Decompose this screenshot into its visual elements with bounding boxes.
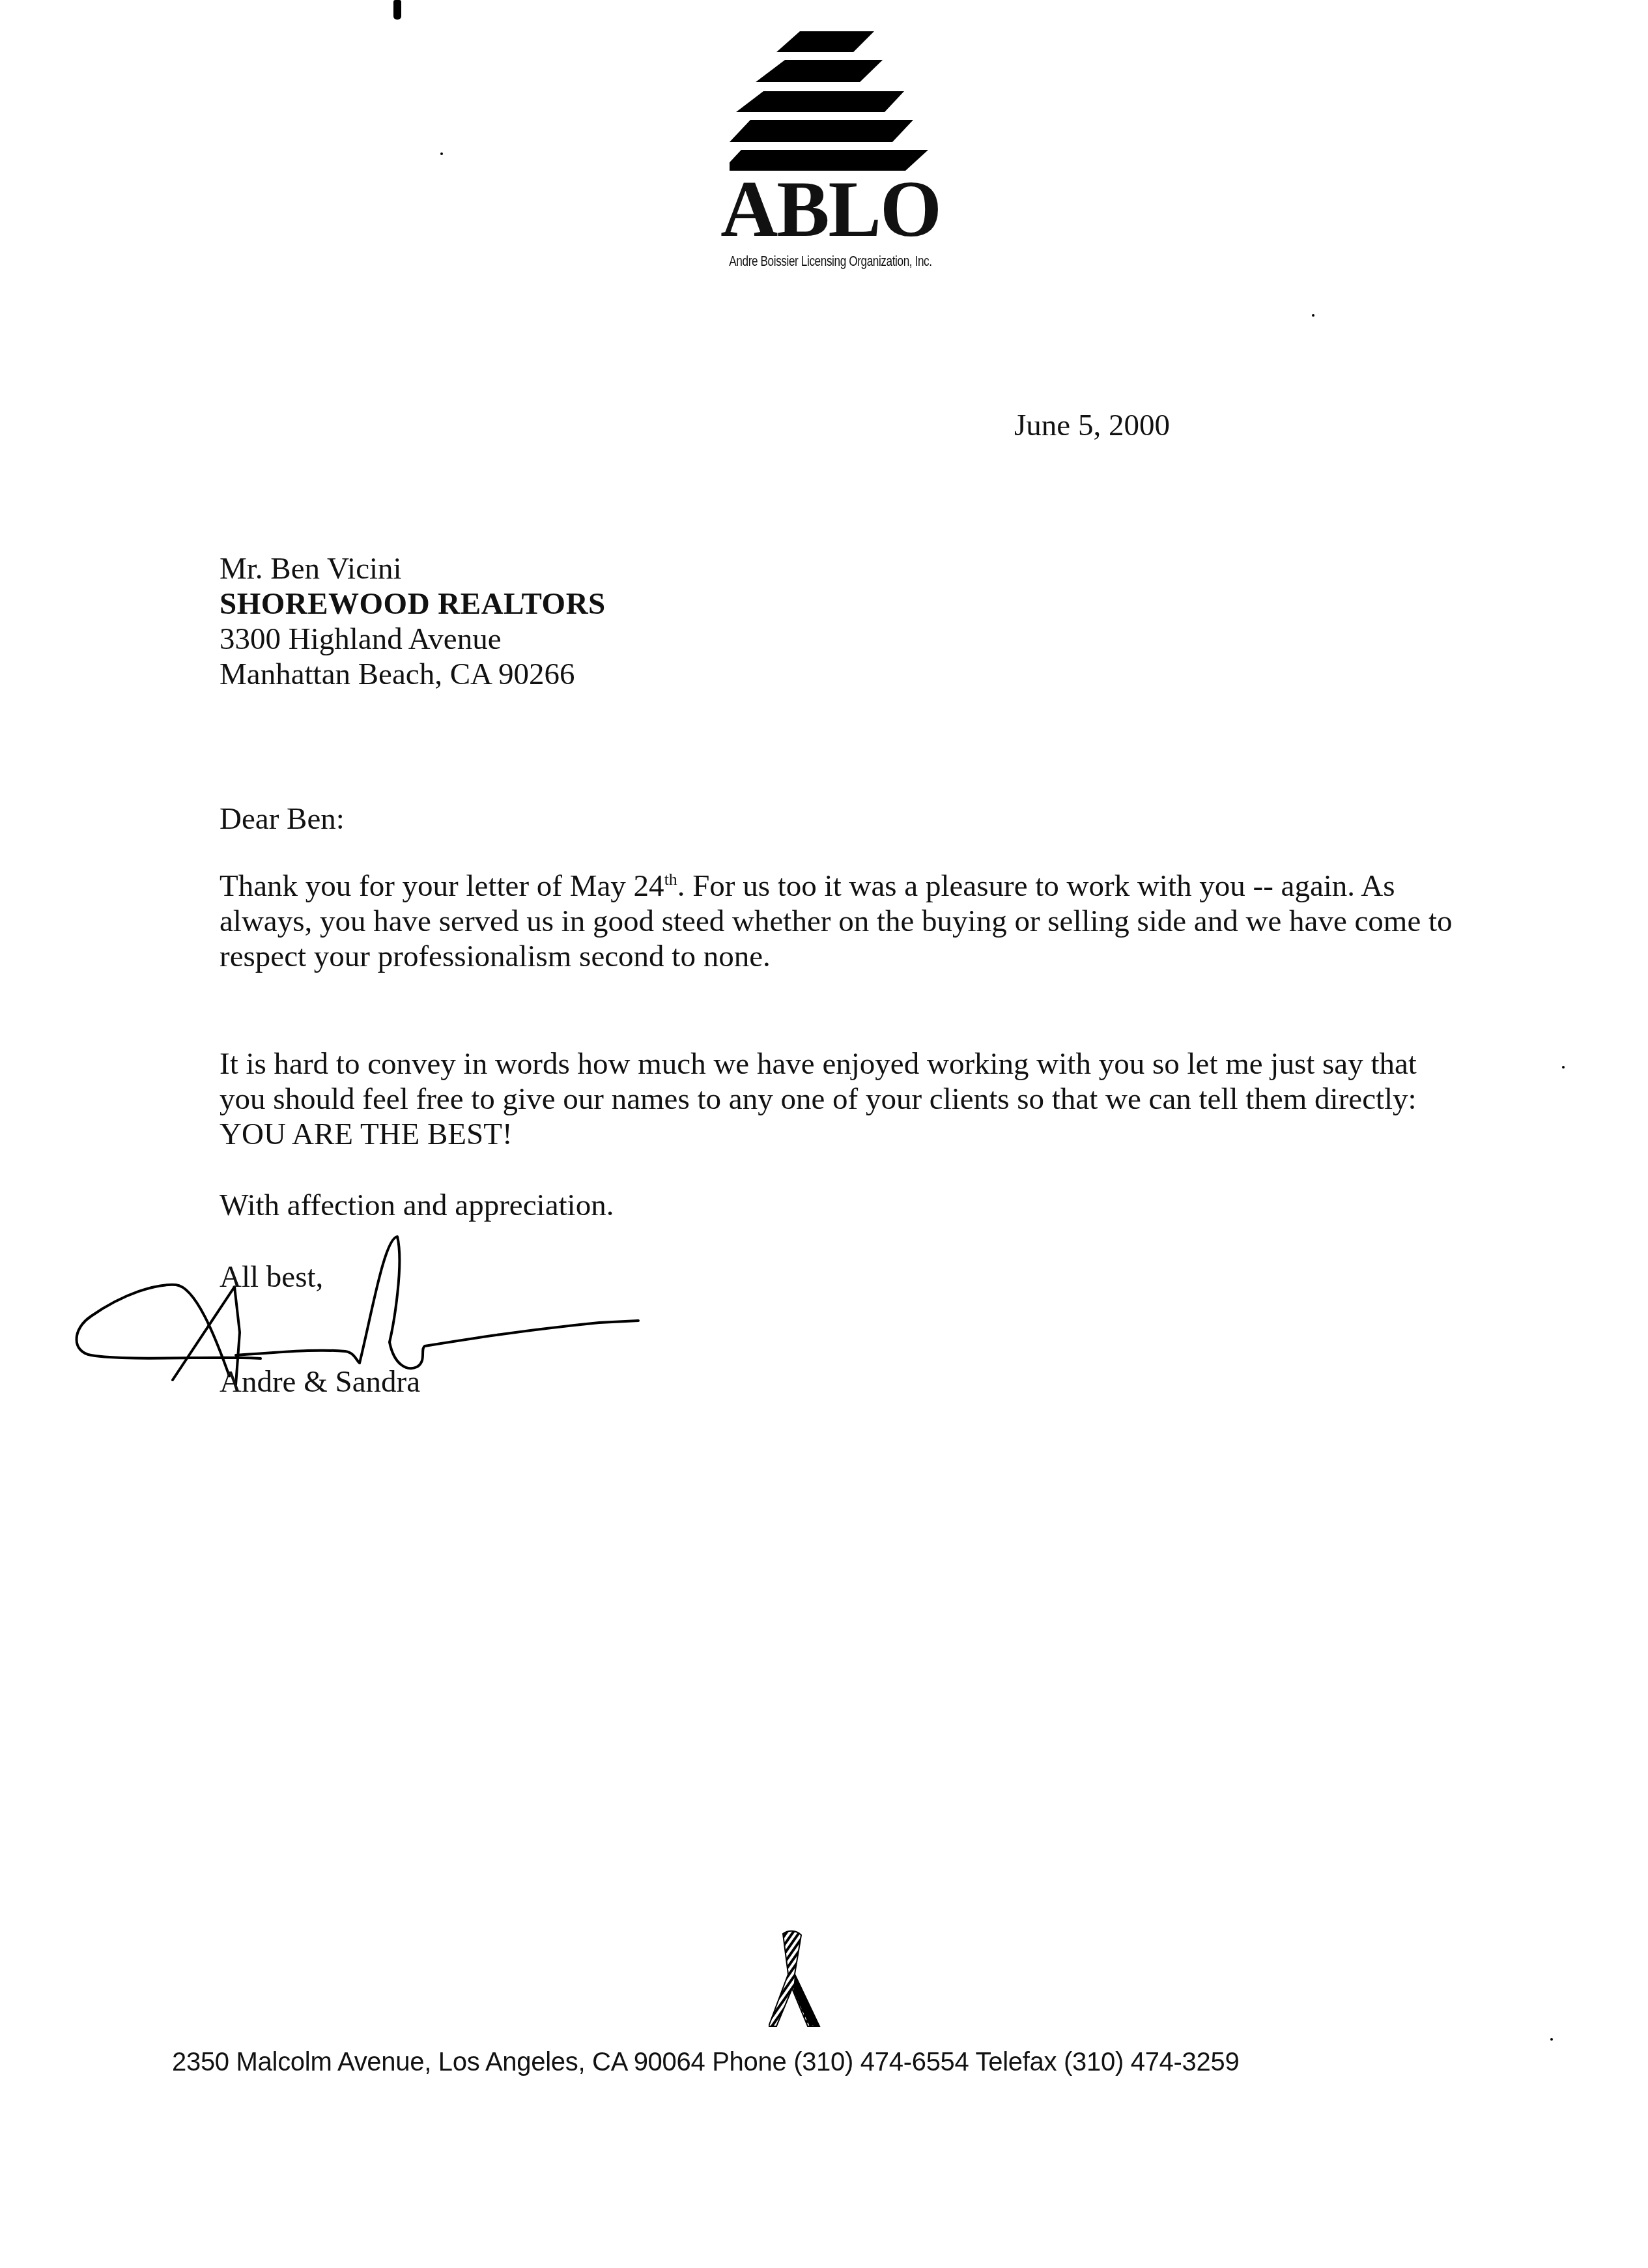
- salutation: Dear Ben:: [220, 801, 345, 837]
- body-paragraph-2: It is hard to convey in words how much w…: [220, 1046, 1457, 1152]
- paragraph-text: Thank you for your letter of May 24: [220, 869, 664, 903]
- scan-speck: [1562, 1066, 1565, 1069]
- footer-contact-line: 2350 Malcolm Avenue, Los Angeles, CA 900…: [172, 2046, 1239, 2078]
- scan-speck: [440, 152, 443, 155]
- recipient-street: 3300 Highland Avenue: [220, 622, 606, 657]
- scan-speck: [1550, 2038, 1553, 2041]
- recipient-city: Manhattan Beach, CA 90266: [220, 657, 606, 692]
- body-paragraph-1: Thank you for your letter of May 24th. F…: [220, 868, 1457, 974]
- recipient-company: SHOREWOOD REALTORS: [220, 586, 606, 622]
- logo-subtitle: Andre Boissier Licensing Organization, I…: [721, 251, 939, 271]
- signers-names: Andre & Sandra: [220, 1364, 420, 1400]
- ordinal-suffix: th: [664, 870, 677, 889]
- logo-wordmark: ABLO: [700, 171, 961, 249]
- stacked-parallelograms-logo-icon: [730, 31, 938, 172]
- recipient-address: Mr. Ben Vicini SHOREWOOD REALTORS 3300 H…: [220, 551, 606, 692]
- signoff: All best,: [220, 1259, 323, 1295]
- scan-mark: [393, 0, 401, 20]
- scan-speck: [1312, 314, 1314, 317]
- letter-date: June 5, 2000: [1014, 408, 1170, 443]
- recipient-name: Mr. Ben Vicini: [220, 551, 606, 586]
- closing-line: With affection and appreciation.: [220, 1188, 614, 1223]
- ribbon-icon: [769, 1929, 834, 2036]
